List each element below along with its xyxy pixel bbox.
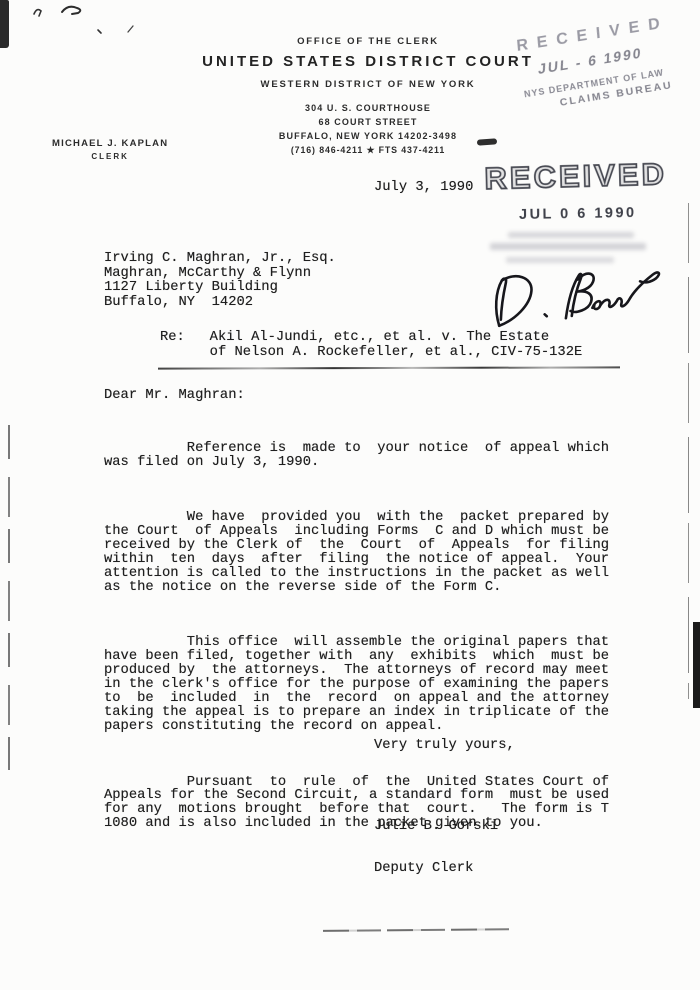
signer-name: Julie B. Gorski — [374, 820, 498, 834]
letter-date: July 3, 1990 — [374, 181, 473, 195]
letterhead: OFFICE OF THE CLERK UNITED STATES DISTRI… — [202, 36, 534, 156]
letterhead-address-2: 68 COURT STREET — [202, 117, 534, 127]
scan-artifact-left-line — [8, 425, 10, 770]
stamp-illegible-line — [506, 257, 614, 263]
letterhead-district: WESTERN DISTRICT OF NEW YORK — [202, 79, 534, 90]
letterhead-court-name: UNITED STATES DISTRICT COURT — [202, 53, 534, 70]
salutation: Dear Mr. Maghran: — [104, 389, 245, 403]
clerk-name: MICHAEL J. KAPLAN — [52, 138, 168, 149]
clerk-title: CLERK — [52, 152, 168, 161]
re-underline — [158, 366, 620, 369]
stamp-nys-law-department: RECEIVED JUL - 6 1990 NYS DEPARTMENT OF … — [515, 7, 700, 114]
letter-body: Reference is made to your notice of appe… — [104, 414, 609, 873]
signature-block: Julie B. Gorski Deputy Clerk — [374, 792, 498, 903]
stamp-received-date: JUL 0 6 1990 — [519, 205, 637, 223]
letterhead-office: OFFICE OF THE CLERK — [202, 36, 534, 47]
letterhead-address-1: 304 U. S. COURTHOUSE — [202, 103, 534, 113]
scan-marks-top-left — [20, 2, 150, 42]
clerk-block: MICHAEL J. KAPLAN CLERK — [52, 138, 168, 161]
body-paragraph-4: Pursuant to rule of the United States Co… — [104, 776, 609, 832]
scanned-letter-page: OFFICE OF THE CLERK UNITED STATES DISTRI… — [0, 0, 700, 990]
letterhead-address-3: BUFFALO, NEW YORK 14202-3498 — [202, 131, 534, 141]
letterhead-phone: (716) 846-4211 ★ FTS 437-4211 — [202, 145, 534, 156]
closing-phrase: Very truly yours, — [374, 739, 515, 753]
signer-title: Deputy Clerk — [374, 862, 498, 876]
body-paragraph-1: Reference is made to your notice of appe… — [104, 442, 609, 470]
re-subject-line: Re: Akil Al-Jundi, etc., et al. v. The E… — [160, 331, 582, 360]
stamp-received-text: RECEIVED — [484, 156, 667, 197]
stamp-illegible-line — [490, 243, 646, 250]
scan-artifact-corner-strip — [0, 0, 9, 48]
bottom-dashed-line — [323, 928, 515, 931]
stamp-illegible-line — [508, 232, 634, 238]
body-paragraph-2: We have provided you with the packet pre… — [104, 511, 609, 594]
recipient-address: Irving C. Maghran, Jr., Esq. Maghran, Mc… — [104, 252, 336, 310]
scan-artifact-right-bar — [693, 622, 700, 708]
body-paragraph-3: This office will assemble the original p… — [104, 636, 609, 733]
scan-artifact-right-line — [688, 203, 689, 699]
